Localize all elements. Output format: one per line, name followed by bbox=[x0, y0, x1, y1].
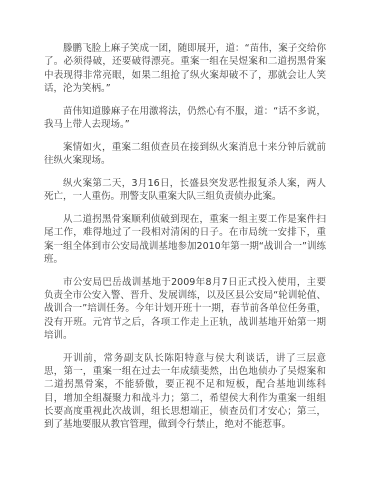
paragraph-1: 滕鹏飞脸上麻子笑成一团，随即展开，道：“苗伟，案子交给你了。必须得破，还要破得漂… bbox=[44, 42, 326, 95]
paragraph-4: 纵火案第二天，3月16日，长盛县突发恶性报复杀人案，两人死亡，一人重伤。刑警支队… bbox=[44, 177, 326, 204]
paragraph-5: 从二道拐黑骨案顺利侦破到现在，重案一组主要工作是案件扫尾工作，难得地过了一段相对… bbox=[44, 213, 326, 266]
paragraph-3: 案情如火，重案二组侦查员在接到纵火案消息十来分钟后就前往纵火案现场。 bbox=[44, 141, 326, 168]
text-content: 滕鹏飞脸上麻子笑成一团，随即展开，道：“苗伟，案子交给你了。必须得破，还要破得漂… bbox=[44, 42, 326, 441]
paragraph-2: 苗伟知道滕麻子在用激将法，仍然心有不服，道：“话不多说，我马上带人去现场。” bbox=[44, 105, 326, 132]
ebook-page: 滕鹏飞脸上麻子笑成一团，随即展开，道：“苗伟，案子交给你了。必须得破，还要破得漂… bbox=[0, 0, 370, 480]
paragraph-6: 市公安局巴岳战训基地于2009年8月7日正式投入使用，主要负责全市公安入警、晋升… bbox=[44, 276, 326, 342]
paragraph-7: 开训前，常务副支队长陈阳特意与侯大利谈话，讲了三层意思，第一，重案一组在过去一年… bbox=[44, 352, 326, 432]
